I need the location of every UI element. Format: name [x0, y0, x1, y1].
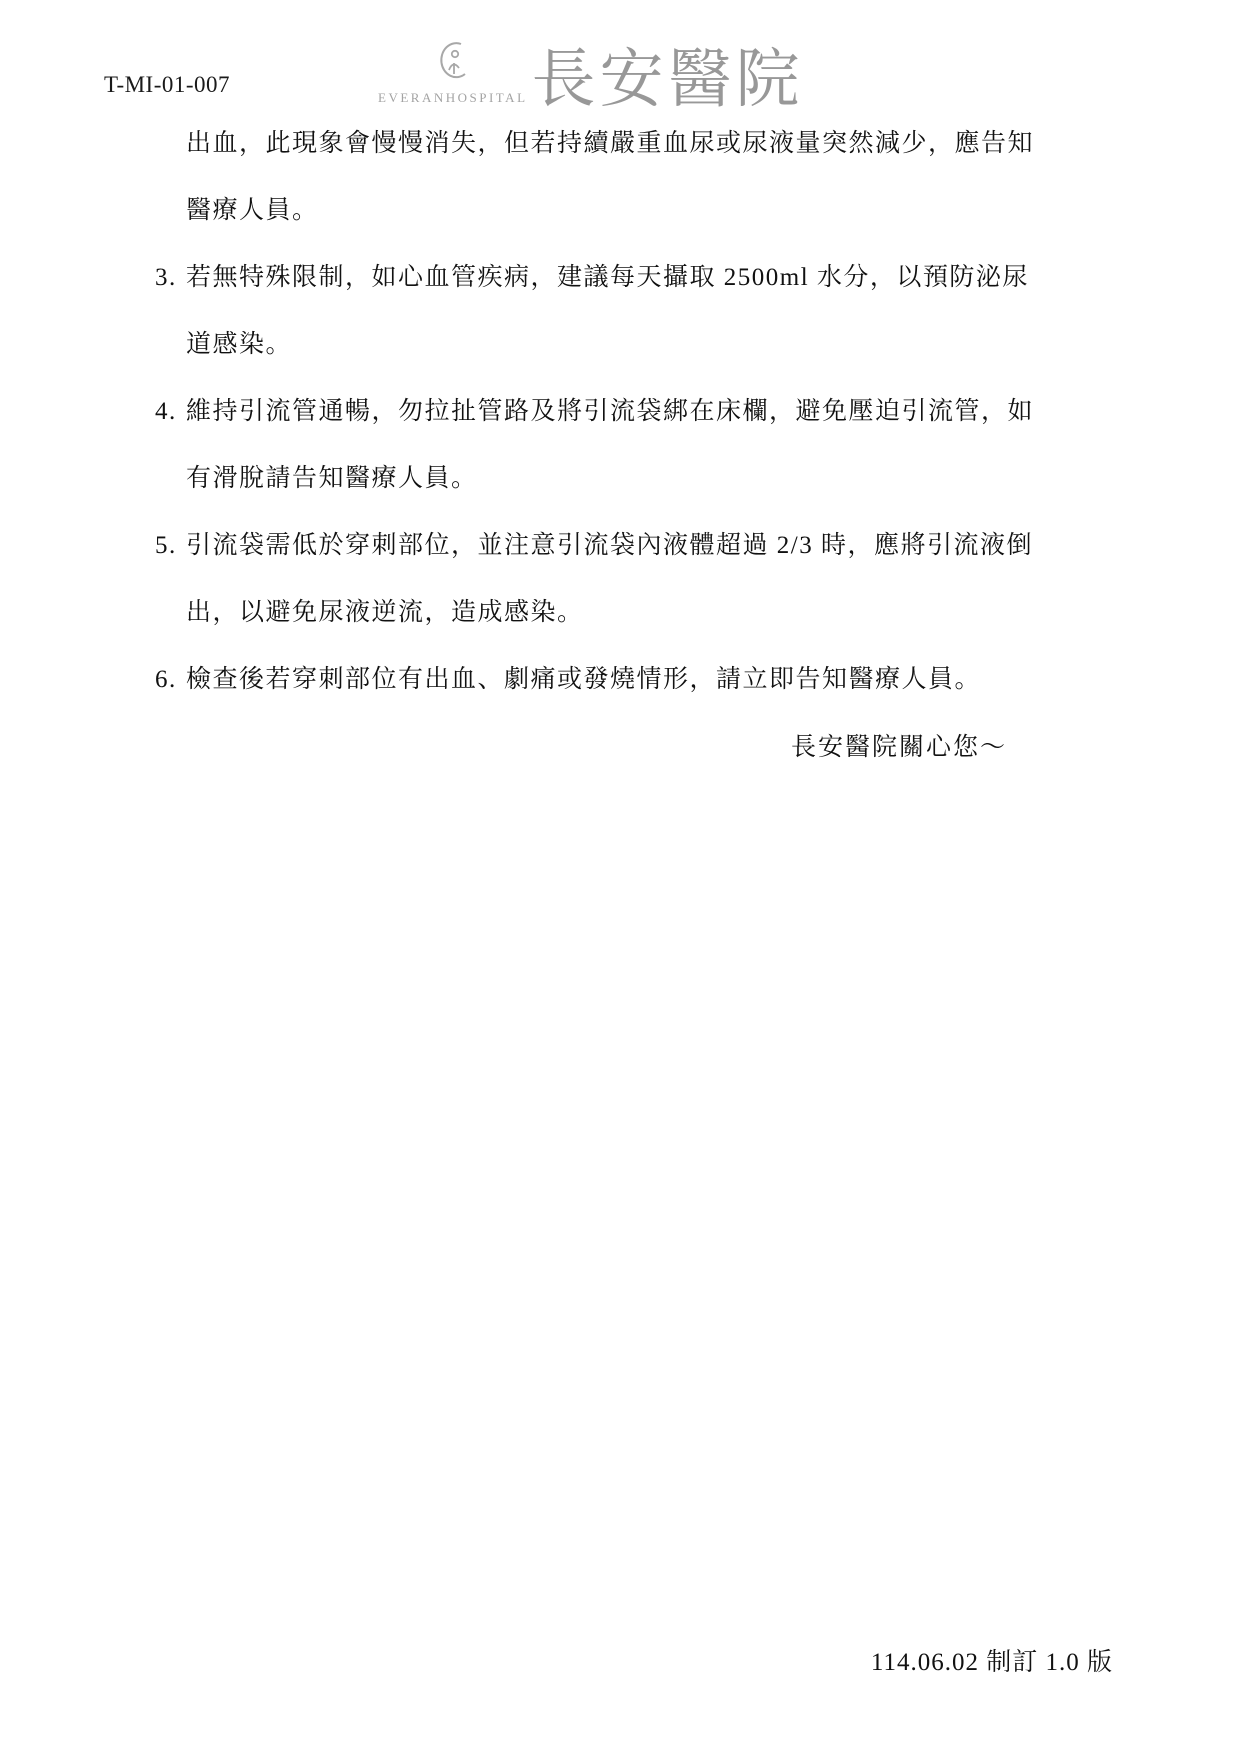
hospital-chinese-name: 長安醫院: [532, 48, 804, 112]
item-number: 5.: [155, 512, 186, 579]
item-text: 道感染。: [186, 311, 292, 378]
hospital-emblem-icon: [431, 36, 475, 88]
document-code: T-MI-01-007: [104, 72, 230, 98]
closing-message: 長安醫院關心您～: [155, 713, 1045, 783]
item-number: 3.: [155, 244, 186, 311]
item-text: 出血，此現象會慢慢消失，但若持續嚴重血尿或尿液量突然減少，應告知: [186, 110, 1034, 177]
item-number: [155, 110, 186, 177]
item-text: 醫療人員。: [186, 177, 319, 244]
item-text: 有滑脫請告知醫療人員。: [186, 445, 478, 512]
instruction-line: 4. 維持引流管通暢，勿拉扯管路及將引流袋綁在床欄，避免壓迫引流管，如: [155, 378, 1045, 445]
instruction-list: 出血，此現象會慢慢消失，但若持續嚴重血尿或尿液量突然減少，應告知 醫療人員。 3…: [155, 110, 1045, 783]
hospital-latin-name: EVERANHOSPITAL: [378, 90, 528, 106]
instruction-line: 有滑脫請告知醫療人員。: [155, 445, 1045, 512]
instruction-line: 6. 檢查後若穿刺部位有出血、劇痛或發燒情形，請立即告知醫療人員。: [155, 646, 1045, 713]
item-text: 檢查後若穿刺部位有出血、劇痛或發燒情形，請立即告知醫療人員。: [186, 646, 981, 713]
item-text: 引流袋需低於穿刺部位，並注意引流袋內液體超過 2/3 時，應將引流液倒: [186, 512, 1033, 579]
hospital-logo-left: EVERANHOSPITAL: [378, 36, 528, 110]
instruction-line: 3. 若無特殊限制，如心血管疾病，建議每天攝取 2500ml 水分，以預防泌尿: [155, 244, 1045, 311]
item-number: 6.: [155, 646, 186, 713]
item-text: 出，以避免尿液逆流，造成感染。: [186, 579, 584, 646]
hospital-logo: EVERANHOSPITAL 長安醫院: [378, 36, 804, 110]
instruction-line: 醫療人員。: [155, 177, 1045, 244]
document-page: T-MI-01-007 EVERANHOSPITAL 長安醫院 出血，此現象會慢…: [0, 0, 1241, 1755]
instruction-line: 出，以避免尿液逆流，造成感染。: [155, 579, 1045, 646]
instruction-line: 道感染。: [155, 311, 1045, 378]
item-text: 若無特殊限制，如心血管疾病，建議每天攝取 2500ml 水分，以預防泌尿: [186, 244, 1029, 311]
instruction-line: 出血，此現象會慢慢消失，但若持續嚴重血尿或尿液量突然減少，應告知: [155, 110, 1045, 177]
revision-note: 114.06.02 制訂 1.0 版: [871, 1642, 1113, 1678]
item-number: 4.: [155, 378, 186, 445]
instruction-line: 5. 引流袋需低於穿刺部位，並注意引流袋內液體超過 2/3 時，應將引流液倒: [155, 512, 1045, 579]
item-text: 維持引流管通暢，勿拉扯管路及將引流袋綁在床欄，避免壓迫引流管，如: [186, 378, 1034, 445]
